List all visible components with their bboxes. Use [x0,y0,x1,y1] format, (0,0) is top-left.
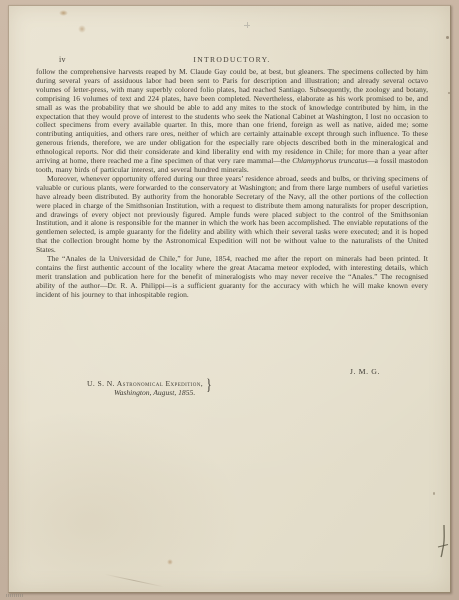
dateline: U. S. N. Astronomical Expedition, Washin… [87,379,203,397]
dateline-expedition: U. S. N. Astronomical Expedition, [87,379,203,388]
paragraph: follow the comprehensive harvests reaped… [36,68,428,175]
edge-speck [448,92,450,94]
scan-background: { "colors": { "background_tan": "#c6b3a1… [0,0,459,600]
dateline-place-date: Washington, August, 1855. [114,388,203,397]
dateline-brace: } [206,377,212,395]
running-head: INTRODUCTORY. [36,55,428,64]
foxing-stain [59,10,68,16]
pencil-annotation-mark [435,523,451,564]
scratch-mark [105,574,164,587]
paragraph: Moreover, whenever opportunity offered d… [36,175,428,255]
book-page: iv INTRODUCTORY. follow the comprehensiv… [8,5,451,593]
foxing-stain [78,25,86,33]
corner-watermark [6,594,23,597]
paragraph: The “Anales de la Universidad de Chile,”… [36,255,428,300]
body-text: follow the comprehensive harvests reaped… [36,68,428,300]
edge-speck [446,36,449,39]
printers-cross-mark [244,22,250,28]
edge-speck [433,492,435,495]
foxing-stain [167,559,173,565]
author-initials: J. M. G. [350,367,380,376]
